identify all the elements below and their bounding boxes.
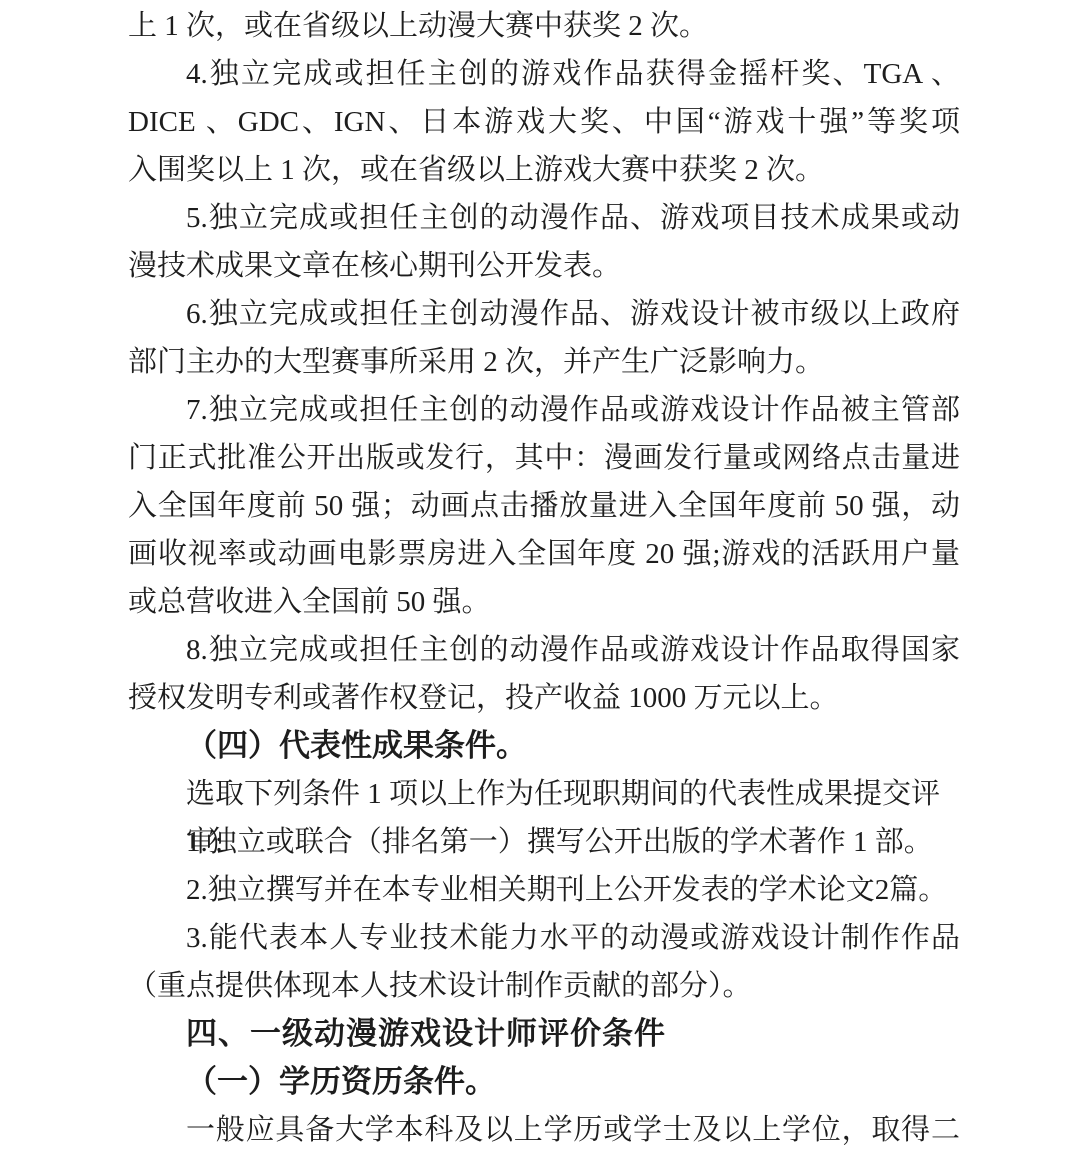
text-line-item-7: 7.独立完成或担任主创的动漫作品或游戏设计作品被主管部 xyxy=(128,386,960,434)
text-line: 画收视率或动画电影票房进入全国年度 20 强;游戏的活跃用户量 xyxy=(128,530,960,578)
text-line: （重点提供体现本人技术设计制作贡献的部分）。 xyxy=(128,962,960,1010)
text-line-item-2: 2.独立撰写并在本专业相关期刊上公开发表的学术论文2篇。 xyxy=(128,866,960,914)
text-line: 或总营收进入全国前 50 强。 xyxy=(128,578,960,626)
text-line-item-4: 4.独立完成或担任主创的游戏作品获得金摇杆奖、TGA 、 xyxy=(128,50,960,98)
text-line: 门正式批准公开出版或发行，其中：漫画发行量或网络点击量进 xyxy=(128,434,960,482)
text-line: 选取下列条件 1 项以上作为任现职期间的代表性成果提交评审: xyxy=(128,770,960,818)
text-line-item-1: 1.独立或联合（排名第一）撰写公开出版的学术著作 1 部。 xyxy=(128,818,960,866)
heading-representative-achievements: （四）代表性成果条件。 xyxy=(128,722,960,770)
heading-education-experience: （一）学历资历条件。 xyxy=(128,1058,960,1106)
text-line: 上 1 次，或在省级以上动漫大赛中获奖 2 次。 xyxy=(128,2,960,50)
text-line: 部门主办的大型赛事所采用 2 次，并产生广泛影响力。 xyxy=(128,338,960,386)
text-line: 授权发明专利或著作权登记，投产收益 1000 万元以上。 xyxy=(128,674,960,722)
text-line: 入围奖以上 1 次，或在省级以上游戏大赛中获奖 2 次。 xyxy=(128,146,960,194)
text-line: 一般应具备大学本科及以上学历或学士及以上学位，取得二 xyxy=(128,1106,960,1154)
text-line: 入全国年度前 50 强；动画点击播放量进入全国年度前 50 强，动 xyxy=(128,482,960,530)
text-line: 漫技术成果文章在核心期刊公开发表。 xyxy=(128,242,960,290)
text-line: DICE 、GDC、IGN、日本游戏大奖、中国“游戏十强”等奖项 xyxy=(128,98,960,146)
heading-level1-designer-criteria: 四、一级动漫游戏设计师评价条件 xyxy=(128,1010,960,1058)
text-line-item-8: 8.独立完成或担任主创的动漫作品或游戏设计作品取得国家 xyxy=(128,626,960,674)
text-line-item-6: 6.独立完成或担任主创动漫作品、游戏设计被市级以上政府 xyxy=(128,290,960,338)
text-line-item-5: 5.独立完成或担任主创的动漫作品、游戏项目技术成果或动 xyxy=(128,194,960,242)
text-line-item-3: 3.能代表本人专业技术能力水平的动漫或游戏设计制作作品 xyxy=(128,914,960,962)
document-page: 上 1 次，或在省级以上动漫大赛中获奖 2 次。 4.独立完成或担任主创的游戏作… xyxy=(0,0,1080,1156)
